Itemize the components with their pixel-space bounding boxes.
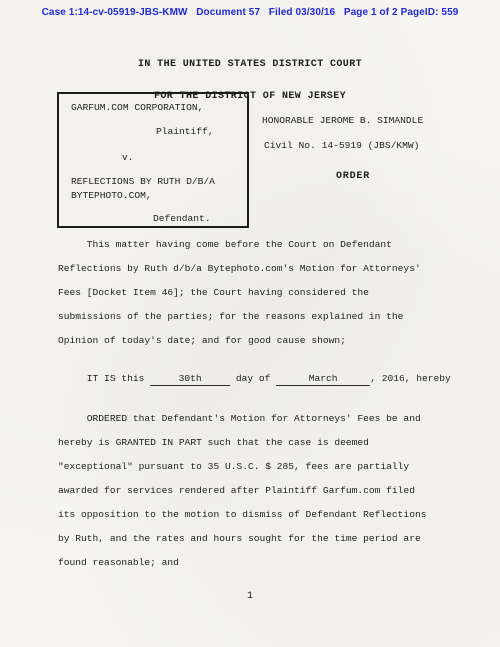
case-caption-box: GARFUM.COM CORPORATION, Plaintiff, v. RE… bbox=[57, 92, 249, 228]
versus-label: v. bbox=[122, 152, 134, 163]
order-ruling-paragraph: ORDERED that Defendant's Motion for Atto… bbox=[58, 407, 458, 575]
text-line: its opposition to the motion to dismiss … bbox=[58, 503, 458, 527]
order-date-line: IT IS this 30th day of March, 2016, here… bbox=[58, 367, 458, 391]
page-number: 1 bbox=[0, 591, 500, 602]
text-line: Fees [Docket Item 46]; the Court having … bbox=[58, 281, 458, 305]
day-fill-in-blank: 30th bbox=[150, 372, 230, 386]
defendant-role-label: Defendant. bbox=[153, 213, 211, 224]
text-line: awarded for services rendered after Plai… bbox=[58, 479, 458, 503]
text-line: hereby is GRANTED IN PART such that the … bbox=[58, 431, 458, 455]
date-line-prefix: IT IS this bbox=[58, 373, 150, 384]
text-line: This matter having come before the Court… bbox=[58, 233, 458, 257]
text-line: Reflections by Ruth d/b/a Bytephoto.com'… bbox=[58, 257, 458, 281]
court-title-line1: IN THE UNITED STATES DISTRICT COURT bbox=[138, 59, 362, 70]
civil-case-number: Civil No. 14-5919 (JBS/KMW) bbox=[264, 140, 419, 151]
text-line: ORDERED that Defendant's Motion for Atto… bbox=[58, 407, 458, 431]
text-line: found reasonable; and bbox=[58, 551, 458, 575]
text-line: Opinion of today's date; and for good ca… bbox=[58, 329, 458, 353]
text-line: "exceptional" pursuant to 35 U.S.C. $ 28… bbox=[58, 455, 458, 479]
plaintiff-name: GARFUM.COM CORPORATION, bbox=[71, 102, 203, 113]
text-line: submissions of the parties; for the reas… bbox=[58, 305, 458, 329]
month-fill-in-blank: March bbox=[276, 372, 370, 386]
document-title-order: ORDER bbox=[262, 171, 444, 182]
date-line-suffix: , 2016, hereby bbox=[370, 373, 451, 384]
date-line-mid: day of bbox=[230, 373, 276, 384]
text-line: by Ruth, and the rates and hours sought … bbox=[58, 527, 458, 551]
ecf-stamp-header: Case 1:14-cv-05919-JBS-KMW Document 57 F… bbox=[0, 7, 500, 18]
scanned-court-order-page: { "colors":{ "header_blue":"#2329d6", "i… bbox=[0, 0, 500, 647]
plaintiff-role-label: Plaintiff, bbox=[156, 126, 214, 137]
order-recitals-paragraph: This matter having come before the Court… bbox=[58, 233, 458, 353]
defendant-name-line1: REFLECTIONS BY RUTH D/B/A bbox=[71, 176, 215, 187]
defendant-name-line2: BYTEPHOTO.COM, bbox=[71, 190, 152, 201]
judge-name: HONORABLE JEROME B. SIMANDLE bbox=[262, 115, 423, 126]
